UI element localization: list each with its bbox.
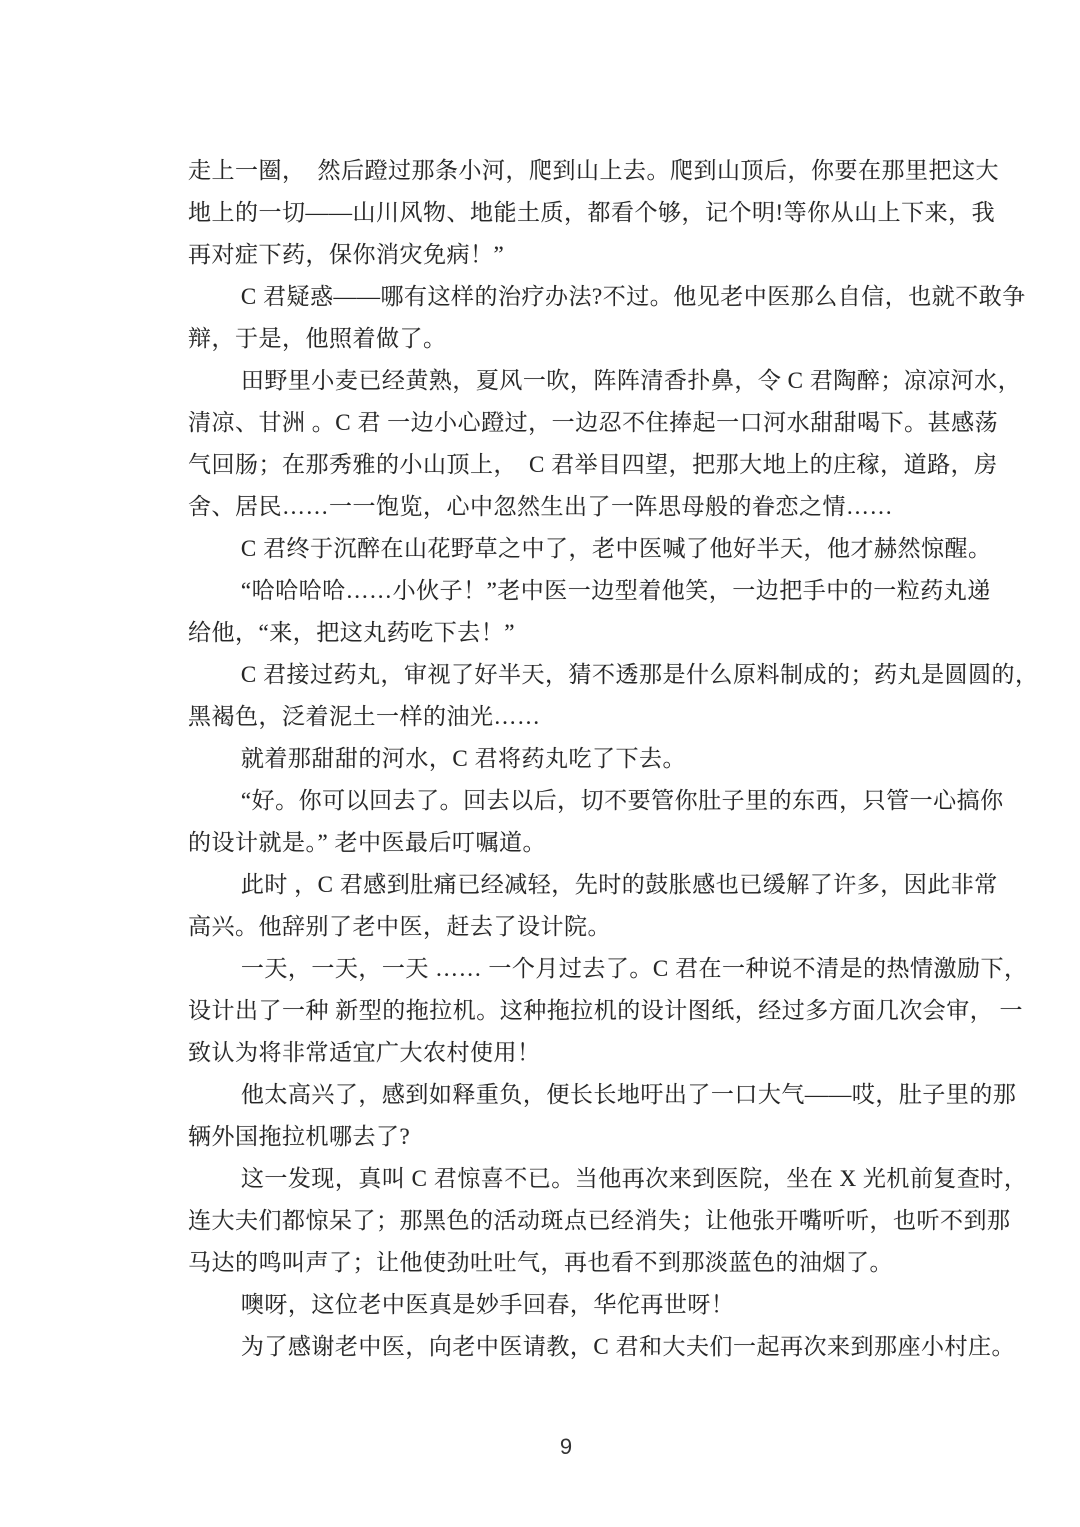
text-line: 给他，“来，把这丸药吃下去！” xyxy=(188,612,983,654)
text-line: 黑褐色，泛着泥土一样的油光…… xyxy=(188,696,983,738)
text-line: 走上一圈， 然后蹬过那条小河，爬到山上去。爬到山顶后，你要在那里把这大 xyxy=(188,150,983,192)
text-line: 马达的鸣叫声了；让他使劲吐吐气，再也看不到那淡蓝色的油烟了。 xyxy=(188,1242,983,1284)
text-line: 就着那甜甜的河水，C 君将药丸吃了下去。 xyxy=(188,738,983,780)
text-line: 舍、居民……一一饱览，心中忽然生出了一阵思母般的眷恋之情…… xyxy=(188,486,983,528)
text-line: 地上的一切——山川风物、地能土质，都看个够，记个明!等你从山上下来，我 xyxy=(188,192,983,234)
text-line: 连大夫们都惊呆了；那黑色的活动斑点已经消失；让他张开嘴听听，也听不到那 xyxy=(188,1200,983,1242)
page-number: 9 xyxy=(0,1434,1080,1460)
text-line: 高兴。他辞别了老中医，赶去了设计院。 xyxy=(188,906,983,948)
text-line: 一天，一天，一天 …… 一个月过去了。C 君在一种说不清是的热情激励下， xyxy=(188,948,983,990)
text-line: 他太高兴了，感到如释重负，便长长地吁出了一口大气——哎，肚子里的那 xyxy=(188,1074,983,1116)
text-line: 此时 ，C 君感到肚痛已经减轻，先时的鼓胀感也已缓解了许多，因此非常 xyxy=(188,864,983,906)
text-block: 走上一圈， 然后蹬过那条小河，爬到山上去。爬到山顶后，你要在那里把这大地上的一切… xyxy=(188,150,983,1368)
text-line: 辆外国拖拉机哪去了? xyxy=(188,1116,983,1158)
text-line: 设计出了一种 新型的拖拉机。这种拖拉机的设计图纸，经过多方面几次会审， 一 xyxy=(188,990,983,1032)
text-line: C 君接过药丸，审视了好半天，猜不透那是什么原料制成的；药丸是圆圆的， xyxy=(188,654,983,696)
text-line: 辩，于是，他照着做了。 xyxy=(188,318,983,360)
text-line: 气回肠；在那秀雅的小山顶上， C 君举目四望，把那大地上的庄稼，道路，房 xyxy=(188,444,983,486)
text-line: 清凉、甘洲 。C 君 一边小心蹬过，一边忍不住捧起一口河水甜甜喝下。甚感荡 xyxy=(188,402,983,444)
text-line: C 君终于沉醉在山花野草之中了，老中医喊了他好半天，他才赫然惊醒。 xyxy=(188,528,983,570)
document-page: 走上一圈， 然后蹬过那条小河，爬到山上去。爬到山顶后，你要在那里把这大地上的一切… xyxy=(0,0,1080,1527)
text-line: 再对症下药，保你消灾免病！” xyxy=(188,234,983,276)
text-line: 为了感谢老中医，向老中医请教，C 君和大夫们一起再次来到那座小村庄。 xyxy=(188,1326,983,1368)
text-line: 致认为将非常适宜广大农村使用！ xyxy=(188,1032,983,1074)
text-line: 的设计就是。” 老中医最后叮嘱道。 xyxy=(188,822,983,864)
text-line: C 君疑惑——哪有这样的治疗办法?不过。他见老中医那么自信，也就不敢争 xyxy=(188,276,983,318)
text-line: “好。你可以回去了。回去以后，切不要管你肚子里的东西，只管一心搞你 xyxy=(188,780,983,822)
text-line: 噢呀，这位老中医真是妙手回春，华佗再世呀！ xyxy=(188,1284,983,1326)
text-line: 田野里小麦已经黄熟，夏风一吹，阵阵清香扑鼻，令 C 君陶醉；凉凉河水， xyxy=(188,360,983,402)
text-line: “哈哈哈哈……小伙子！”老中医一边型着他笑，一边把手中的一粒药丸递 xyxy=(188,570,983,612)
text-line: 这一发现，真叫 C 君惊喜不已。当他再次来到医院，坐在 X 光机前复查时， xyxy=(188,1158,983,1200)
